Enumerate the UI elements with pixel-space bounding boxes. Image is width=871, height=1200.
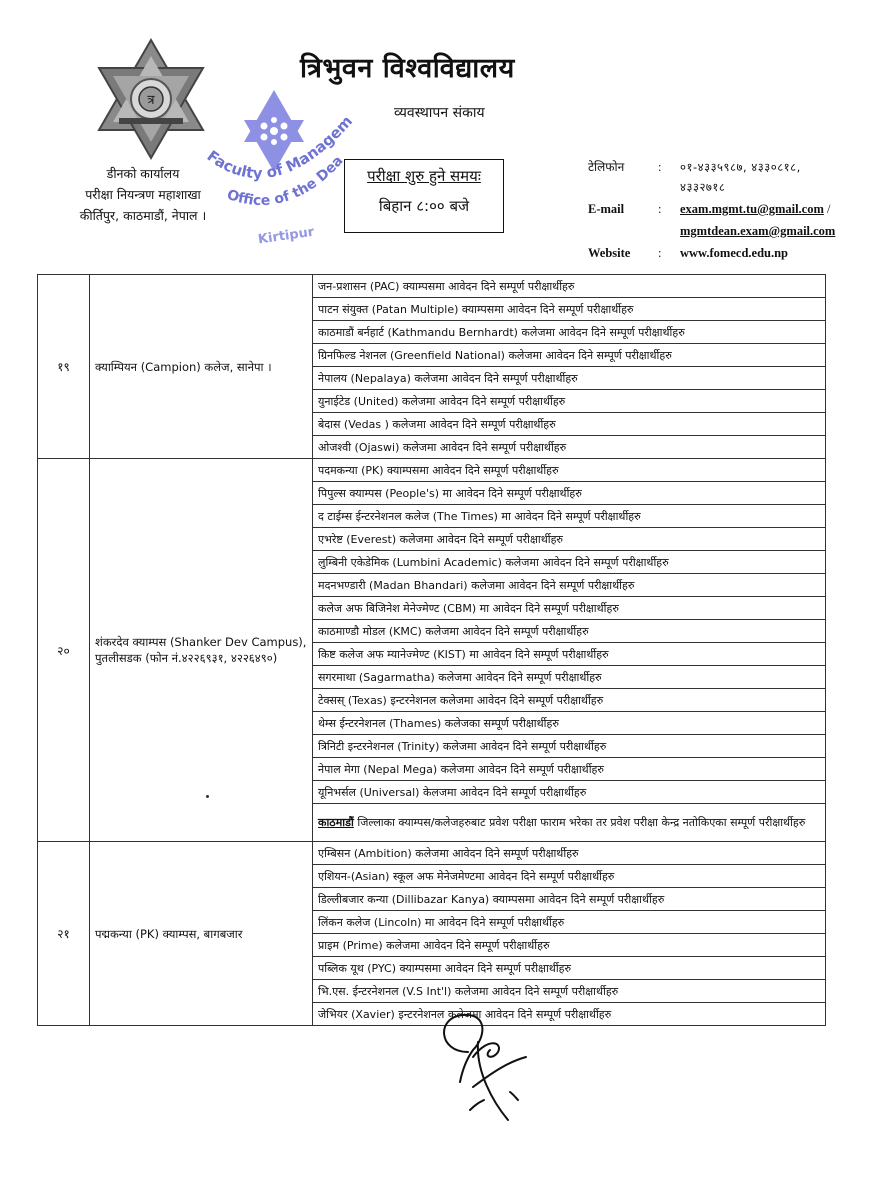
svg-text:त्र: त्र	[147, 93, 155, 108]
colon: :	[658, 199, 680, 219]
serial-number: १९	[38, 275, 90, 459]
applicant-group: पिपुल्स क्याम्पस (People's) मा आवेदन दिन…	[313, 482, 826, 505]
applicant-group: त्रिनिटी इन्टरनेशनल (Trinity) कलेजमा आवे…	[313, 735, 826, 758]
applicant-group: नेपालय (Nepalaya) कलेजमा आवेदन दिने सम्प…	[313, 367, 826, 390]
applicant-group: टेक्सस् (Texas) इन्टरनेशनल कलेजमा आवेदन …	[313, 689, 826, 712]
applicant-group: थेम्स ईन्टरनेशनल (Thames) कलेजका सम्पूर्…	[313, 712, 826, 735]
email-link-dean[interactable]: mgmtdean.exam@gmail.com	[680, 224, 835, 238]
applicant-group: ओजश्वी (Ojaswi) कलेजमा आवेदन दिने सम्पूर…	[313, 436, 826, 459]
applicant-group: काठमाण्डौ मोडल (KMC) कलेजमा आवेदन दिने स…	[313, 620, 826, 643]
applicant-group: काठमाडौं बर्नहार्ट (Kathmandu Bernhardt)…	[313, 321, 826, 344]
exam-center-name: शंकरदेव क्याम्पस (Shanker Dev Campus), प…	[90, 459, 313, 842]
serial-number: २१	[38, 842, 90, 1026]
applicant-group: मदनभण्डारी (Madan Bhandari) कलेजमा आवेदन…	[313, 574, 826, 597]
exam-center-name: क्याम्पियन (Campion) कलेज, सानेपा ।	[90, 275, 313, 459]
serial-number: २०	[38, 459, 90, 842]
applicant-group-unassigned: काठमाडौं जिल्लाका क्याम्पस/कलेजहरुबाट प्…	[313, 804, 826, 842]
exam-time-box: परीक्षा शुरु हुने समयः बिहान ८:०० बजे	[344, 159, 504, 233]
email-link-exam[interactable]: exam.mgmt.tu@gmail.com	[680, 202, 824, 216]
university-title: त्रिभुवन विश्वविद्यालय	[300, 48, 515, 85]
applicant-group: यूनिभर्सल (Universal) केलजमा आवेदन दिने …	[313, 781, 826, 804]
exam-time-value: बिहान ८:०० बजे	[345, 196, 503, 216]
applicant-group: भि.एस. ईन्टरनेशनल (V.S Int'l) कलेजमा आवे…	[313, 980, 826, 1003]
applicant-group: नेपाल मेगा (Nepal Mega) कलेजमा आवेदन दिन…	[313, 758, 826, 781]
applicant-group: युनाईटेड (United) कलेजमा आवेदन दिने सम्प…	[313, 390, 826, 413]
applicant-group: द टाईम्स ईन्टरनेशनल कलेज (The Times) मा …	[313, 505, 826, 528]
applicant-group: प्राइम (Prime) कलेजमा आवेदन दिने सम्पूर्…	[313, 934, 826, 957]
applicant-group: एशियन-(Asian) स्कूल अफ मेनेजमेण्टमा आवेद…	[313, 865, 826, 888]
colon: :	[658, 243, 680, 263]
email-separator: /	[824, 202, 831, 216]
table-row: १९क्याम्पियन (Campion) कलेज, सानेपा ।जन-…	[38, 275, 826, 298]
applicant-group: एम्बिसन (Ambition) कलेजमा आवेदन दिने सम्…	[313, 842, 826, 865]
applicant-group: लिंकन कलेज (Lincoln) मा आवेदन दिने सम्पू…	[313, 911, 826, 934]
exam-time-label: परीक्षा शुरु हुने समयः	[345, 166, 503, 186]
tu-logo-icon: त्र	[95, 38, 207, 160]
table-row: २०शंकरदेव क्याम्पस (Shanker Dev Campus),…	[38, 459, 826, 482]
applicant-group: एभरेष्ट (Everest) कलेजमा आवेदन दिने सम्प…	[313, 528, 826, 551]
website-link[interactable]: www.fomecd.edu.np	[680, 243, 788, 263]
unassigned-note: जिल्लाका क्याम्पस/कलेजहरुबाट प्रवेश परीक…	[354, 816, 806, 829]
colon: :	[658, 157, 680, 177]
exam-center-table: १९क्याम्पियन (Campion) कलेज, सानेपा ।जन-…	[37, 274, 826, 1026]
website-label: Website	[588, 243, 658, 263]
applicant-group: पाटन संयुक्त (Patan Multiple) क्याम्पसमा…	[313, 298, 826, 321]
applicant-group: सगरमाथा (Sagarmatha) कलेजमा आवेदन दिने स…	[313, 666, 826, 689]
phone-numbers-cont: ४३३२७१८	[680, 177, 725, 197]
applicant-group: जेभियर (Xavier) इन्टरनेशनल कलेजमा आवेदन …	[313, 1003, 826, 1026]
applicant-group: पदमकन्या (PK) क्याम्पसमा आवेदन दिने सम्प…	[313, 459, 826, 482]
stamp-text-kirtipur: Kirtipur	[257, 225, 316, 248]
scan-speck	[206, 795, 209, 798]
faculty-name: व्यवस्थापन संकाय	[394, 103, 485, 122]
signature-icon	[418, 1012, 568, 1122]
applicant-group: पब्लिक यूथ (PYC) क्याम्पसमा आवेदन दिने स…	[313, 957, 826, 980]
applicant-group: डिल्लीबजार कन्या (Dillibazar Kanya) क्या…	[313, 888, 826, 911]
contact-info: टेलिफोन : ०१-४३३५९८७, ४३३०८१८, ४३३२७१८ E…	[588, 157, 835, 263]
phone-numbers: ०१-४३३५९८७, ४३३०८१८,	[680, 157, 801, 177]
applicant-group: जन-प्रशासन (PAC) क्याम्पसमा आवेदन दिने स…	[313, 275, 826, 298]
applicant-group: लुम्बिनी एकेडेमिक (Lumbini Academic) कले…	[313, 551, 826, 574]
official-stamp-icon: Faculty of Management Office of the Dean…	[196, 88, 366, 248]
exam-center-name: पद्मकन्या (PK) क्याम्पस, बागबजार	[90, 842, 313, 1026]
applicant-group: बेदास (Vedas ) कलेजमा आवेदन दिने सम्पूर्…	[313, 413, 826, 436]
email-label: E-mail	[588, 199, 658, 219]
district-highlight: काठमाडौं	[318, 816, 354, 829]
phone-label: टेलिफोन	[588, 157, 658, 177]
table-row: २१पद्मकन्या (PK) क्याम्पस, बागबजारएम्बिस…	[38, 842, 826, 865]
applicant-group: ग्रिनफिल्ड नेशनल (Greenfield National) क…	[313, 344, 826, 367]
applicant-group: कलेज अफ बिजिनेश मेनेज्मेण्ट (CBM) मा आवे…	[313, 597, 826, 620]
applicant-group: किष्ट कलेज अफ म्यानेज्मेण्ट (KIST) मा आव…	[313, 643, 826, 666]
